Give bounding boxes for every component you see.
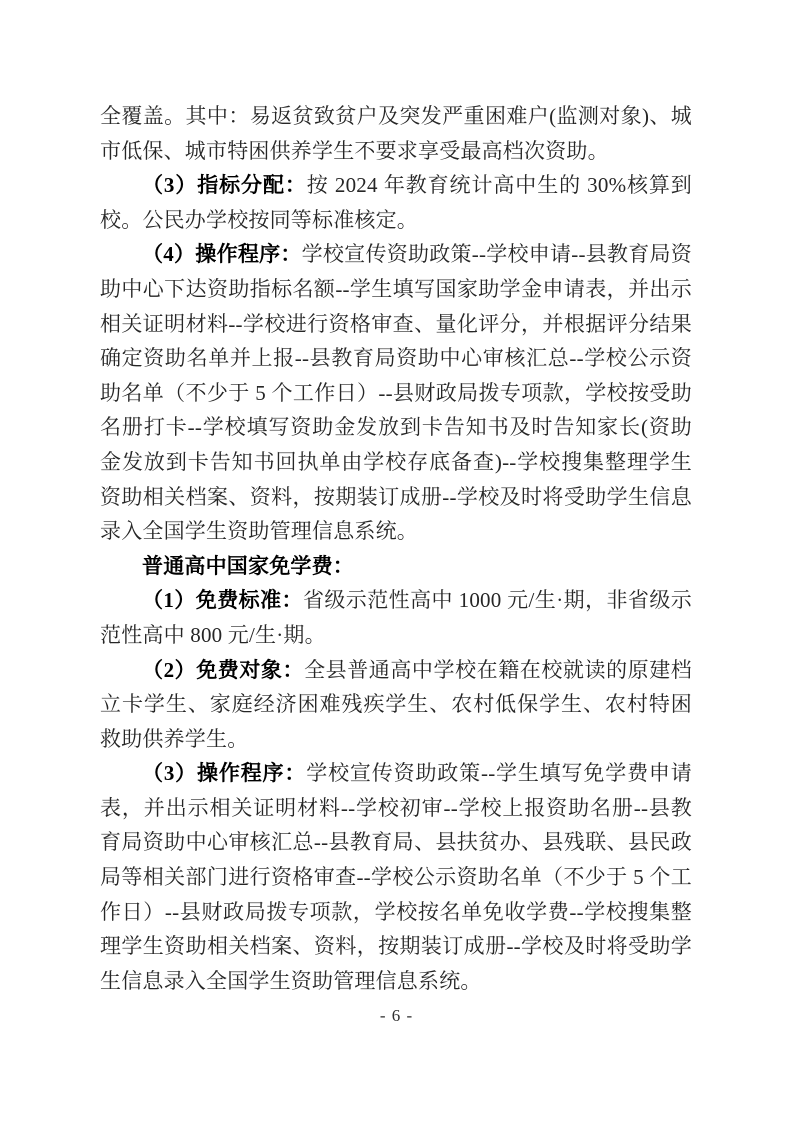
- heading-text: 普通高中国家免学费：: [142, 554, 354, 578]
- paragraph-body: 学校宣传资助政策--学校申请--县教育局资助中心下达资助指标名额--学生填写国家…: [100, 242, 692, 543]
- heading-tuition-waiver: 普通高中国家免学费：: [100, 549, 692, 584]
- paragraph-waiver-targets: （2）免费对象：全县普通高中学校在籍在校就读的原建档立卡学生、家庭经济困难残疾学…: [100, 653, 692, 757]
- paragraph-operation-procedure-waiver: （3）操作程序：学校宣传资助政策--学生填写免学费申请表，并出示相关证明材料--…: [100, 756, 692, 998]
- document-page: 全覆盖。其中：易返贫致贫户及突发严重困难户(监测对象)、城市低保、城市特困供养学…: [0, 0, 793, 1122]
- paragraph-lead: （3）指标分配：: [142, 173, 307, 197]
- paragraph-lead: （3）操作程序：: [142, 761, 306, 785]
- paragraph-body: 全覆盖。其中：易返贫致贫户及突发严重困难户(监测对象)、城市低保、城市特困供养学…: [100, 104, 692, 163]
- paragraph-lead: （1）免费标准：: [142, 588, 303, 612]
- paragraph-operation-procedure-grant: （4）操作程序：学校宣传资助政策--学校申请--县教育局资助中心下达资助指标名额…: [100, 237, 692, 548]
- paragraph-full-coverage-continuation: 全覆盖。其中：易返贫致贫户及突发严重困难户(监测对象)、城市低保、城市特困供养学…: [100, 99, 692, 168]
- document-body: 全覆盖。其中：易返贫致贫户及突发严重困难户(监测对象)、城市低保、城市特困供养学…: [100, 99, 692, 998]
- paragraph-waiver-standard: （1）免费标准：省级示范性高中 1000 元/生·期，非省级示范性高中 800 …: [100, 583, 692, 652]
- paragraph-quota-allocation: （3）指标分配：按 2024 年教育统计高中生的 30%核算到校。公民办学校按同…: [100, 168, 692, 237]
- paragraph-lead: （4）操作程序：: [142, 242, 302, 266]
- page-number: - 6 -: [0, 1006, 793, 1026]
- paragraph-body: 学校宣传资助政策--学生填写免学费申请表，并出示相关证明材料--学校初审--学校…: [100, 761, 692, 993]
- paragraph-lead: （2）免费对象：: [142, 658, 304, 682]
